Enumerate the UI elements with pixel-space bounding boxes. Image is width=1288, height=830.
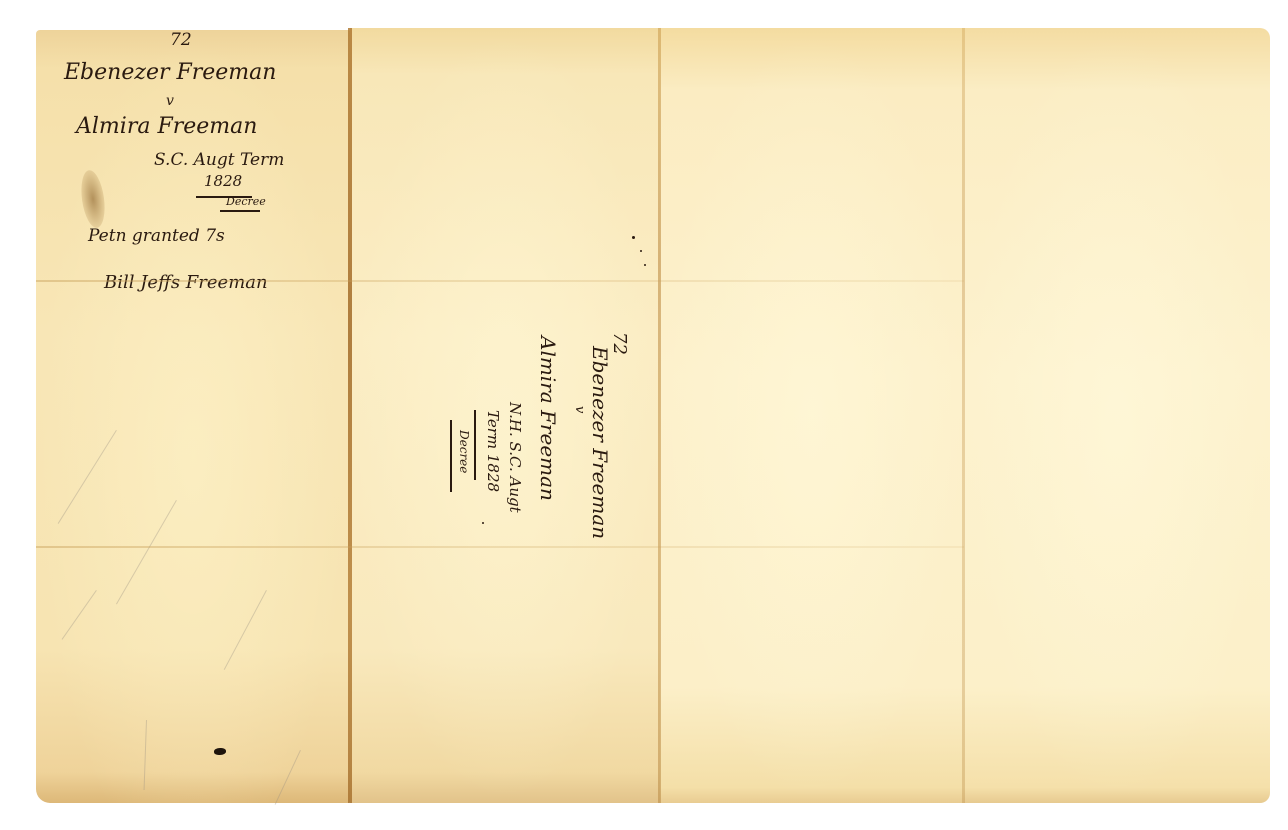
plaintiff-name: Ebenezer Freeman <box>590 346 610 539</box>
panel-2: 72 Ebenezer Freeman v Almira Freeman N.H… <box>350 28 660 803</box>
pencil-mark <box>116 500 177 604</box>
fold-line <box>962 28 965 803</box>
ink-stain <box>78 169 108 229</box>
underline <box>220 210 260 212</box>
ink-blot <box>214 748 226 755</box>
ink-dot <box>640 250 642 252</box>
panel-4 <box>964 28 1270 803</box>
ink-dot <box>482 522 484 524</box>
year: 1828 <box>204 174 242 189</box>
court-term: S.C. Augt Term <box>154 152 284 169</box>
case-number: 72 <box>610 332 628 355</box>
pencil-mark <box>58 430 117 524</box>
pencil-mark <box>144 720 147 790</box>
pencil-mark <box>62 590 97 640</box>
versus: v <box>573 406 586 413</box>
pencil-mark <box>275 750 301 805</box>
defendant-name: Almira Freeman <box>538 336 558 501</box>
term-year: Term 1828 <box>485 410 500 492</box>
pencil-mark <box>224 590 267 670</box>
ink-dot <box>632 236 635 239</box>
court-term: N.H. S.C. Augt <box>507 402 522 513</box>
decree-label: Decree <box>226 196 266 207</box>
underline <box>451 420 453 492</box>
underline <box>475 410 477 480</box>
versus: v <box>166 94 174 108</box>
crease-line <box>36 546 964 548</box>
ink-dot <box>644 264 646 266</box>
crease-line <box>36 280 964 282</box>
panel-1: 72 Ebenezer Freeman v Almira Freeman S.C… <box>36 30 350 803</box>
note-petition: Petn granted 7s <box>88 228 225 245</box>
panel-3 <box>660 28 964 803</box>
fold-line <box>658 28 661 803</box>
plaintiff-name: Ebenezer Freeman <box>64 62 276 84</box>
decree-label: Decree <box>458 430 470 473</box>
fold-line <box>348 28 352 803</box>
document-sheet: 72 Ebenezer Freeman v Almira Freeman S.C… <box>36 28 1270 803</box>
case-number: 72 <box>170 32 192 49</box>
note-bill: Bill Jeffs Freeman <box>104 274 268 292</box>
defendant-name: Almira Freeman <box>76 116 257 138</box>
